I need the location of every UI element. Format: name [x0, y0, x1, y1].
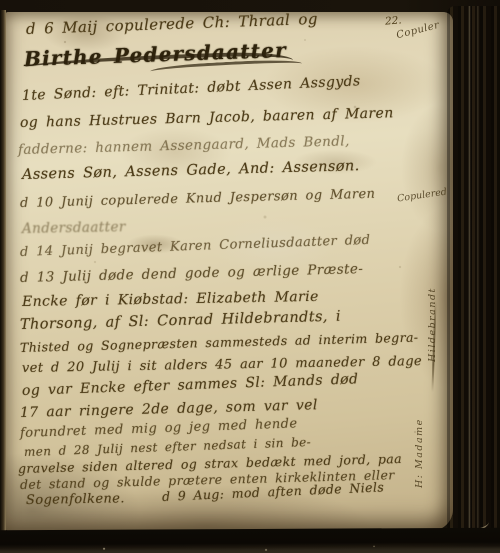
- photo-bottom-frame: [0, 528, 500, 553]
- handwritten-line: Assens Søn, Assens Gade, And: Assensøn.: [22, 158, 360, 183]
- handwritten-line: Encke før i Kiøbstad: Elizabeth Marie: [22, 289, 319, 310]
- handwriting-layer: 22. d 6 Maij copulerede Ch: Thraal ogBir…: [0, 0, 500, 553]
- handwritten-line: Andersdaatter: [22, 219, 126, 237]
- handwritten-line: og hans Hustrues Barn Jacob, baaren af M…: [20, 105, 394, 131]
- handwritten-line: Thisted og Sognepræsten sammesteds ad in…: [20, 330, 419, 355]
- manuscript-photo: 22. d 6 Maij copulerede Ch: Thraal ogBir…: [0, 0, 500, 553]
- book-binding-edge: [447, 6, 500, 539]
- handwritten-line: Thorsong, af Sl: Conrad Hildebrandts, i: [20, 309, 341, 333]
- handwritten-line: fadderne: hannem Assengaard, Mads Bendl,: [18, 133, 350, 158]
- handwritten-line: d 14 Junij begravet Karen Corneliusdaatt…: [20, 233, 371, 260]
- handwritten-line: vet d 20 Julij i sit alders 45 aar 10 ma…: [22, 354, 422, 376]
- margin-note-copulered: Copulered: [396, 187, 447, 205]
- binding-texture: [447, 6, 500, 539]
- vertical-margin-note-madame: H: Madame: [414, 388, 425, 488]
- page-number: 22.: [385, 14, 402, 27]
- handwritten-line: 1te Sønd: eft: Trinitat: døbt Assen Assg…: [22, 73, 361, 104]
- handwritten-line: og var Encke efter sammes Sl: Mands død: [22, 371, 359, 399]
- handwritten-line: d 6 Maij copulerede Ch: Thraal og: [26, 10, 318, 38]
- handwritten-line: d 10 Junij copulerede Knud Jespersøn og …: [20, 187, 376, 211]
- handwritten-line: Sogenfolkene.: [26, 491, 125, 508]
- handwritten-line: d 13 Julij døde dend gode og ærlige Præs…: [20, 261, 364, 286]
